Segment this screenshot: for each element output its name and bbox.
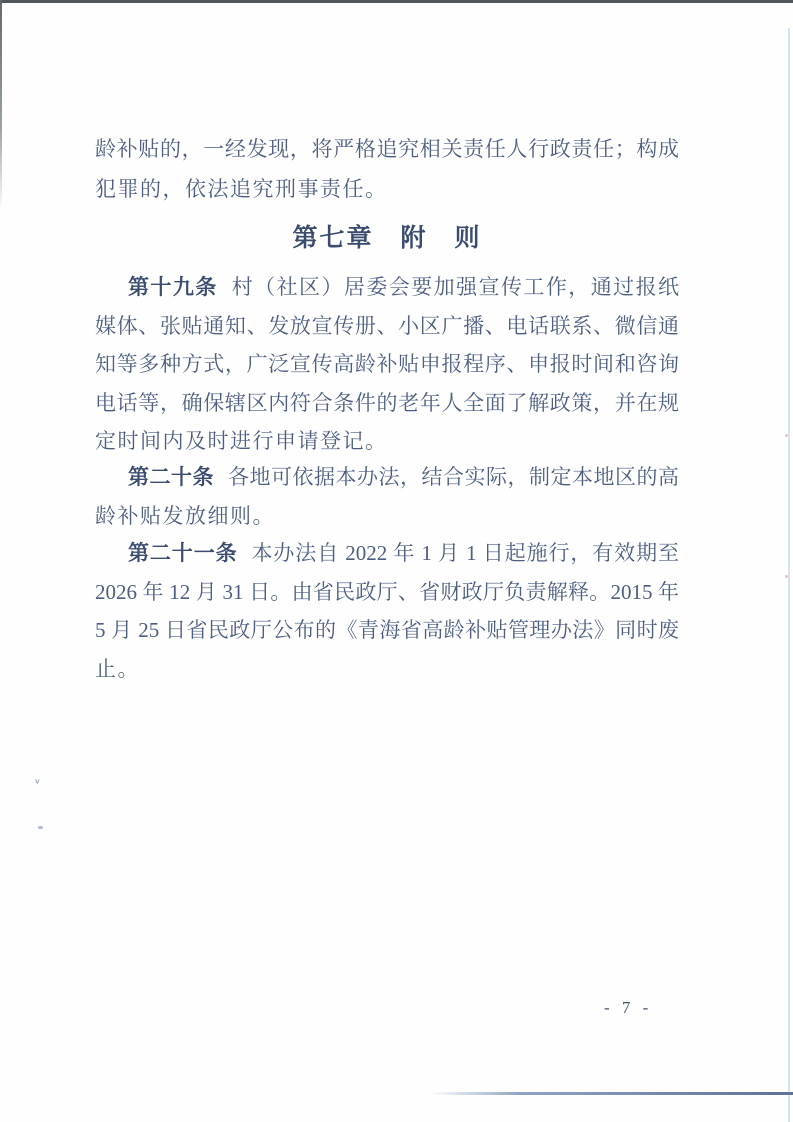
body-line: 龄补贴的，一经发现，将严格追究相关责任人行政责任；构成 bbox=[95, 129, 679, 169]
article-number: 第十九条 bbox=[128, 275, 218, 299]
body-line: 第十九条村（社区）居委会要加强宣传工作，通过报纸 bbox=[95, 268, 679, 307]
scan-edge-right bbox=[788, 28, 790, 1122]
body-text: 村（社区）居委会要加强宣传工作，通过报纸 bbox=[232, 275, 679, 299]
body-line: 媒体、张贴通知、发放宣传册、小区广播、电话联系、微信通 bbox=[95, 307, 679, 346]
chapter-heading: 第七章 附 则 bbox=[95, 222, 679, 256]
body-line: 电话等，确保辖区内符合条件的老年人全面了解政策，并在规 bbox=[95, 384, 679, 423]
article-number: 第二十一条 bbox=[128, 541, 238, 565]
scan-edge-bottom bbox=[430, 1092, 793, 1095]
paragraph-carryover: 龄补贴的，一经发现，将严格追究相关责任人行政责任；构成 犯罪的，依法追究刑事责任… bbox=[95, 129, 679, 209]
scan-speck-pink bbox=[785, 434, 788, 437]
scan-speck-check: ∨ bbox=[34, 777, 41, 786]
paragraph-article-21: 第二十一条本办法自 2022 年 1 月 1 日起施行，有效期至 2026 年 … bbox=[95, 534, 679, 688]
body-text: 本办法自 2022 年 1 月 1 日起施行，有效期至 bbox=[252, 541, 680, 565]
body-line: 第二十条各地可依据本办法，结合实际，制定本地区的高 bbox=[95, 458, 679, 497]
body-line: 知等多种方式，广泛宣传高龄补贴申报程序、申报时间和咨询 bbox=[95, 345, 679, 384]
page-number: - 7 - bbox=[604, 998, 652, 1018]
body-line: 龄补贴发放细则。 bbox=[95, 497, 679, 536]
body-text: 各地可依据本办法，结合实际，制定本地区的高 bbox=[228, 465, 679, 489]
scan-edge-top bbox=[0, 0, 793, 3]
body-line: 2026 年 12 月 31 日。由省民政厅、省财政厅负责解释。2015 年 bbox=[95, 573, 679, 612]
article-number: 第二十条 bbox=[128, 465, 214, 489]
paragraph-article-20: 第二十条各地可依据本办法，结合实际，制定本地区的高 龄补贴发放细则。 bbox=[95, 458, 679, 535]
scan-speck-pink bbox=[785, 575, 788, 578]
body-line: 定时间内及时进行申请登记。 bbox=[95, 422, 679, 461]
body-line: 止。 bbox=[95, 650, 679, 689]
paragraph-article-19: 第十九条村（社区）居委会要加强宣传工作，通过报纸 媒体、张贴通知、发放宣传册、小… bbox=[95, 268, 679, 461]
document-page: ∨ 龄补贴的，一经发现，将严格追究相关责任人行政责任；构成 犯罪的，依法追究刑事… bbox=[0, 0, 793, 1122]
scan-edge-left bbox=[0, 0, 2, 210]
body-line: 犯罪的，依法追究刑事责任。 bbox=[95, 169, 679, 209]
body-line: 5 月 25 日省民政厅公布的《青海省高龄补贴管理办法》同时废 bbox=[95, 611, 679, 650]
scan-speck-dot bbox=[38, 826, 43, 829]
body-line: 第二十一条本办法自 2022 年 1 月 1 日起施行，有效期至 bbox=[95, 534, 679, 573]
